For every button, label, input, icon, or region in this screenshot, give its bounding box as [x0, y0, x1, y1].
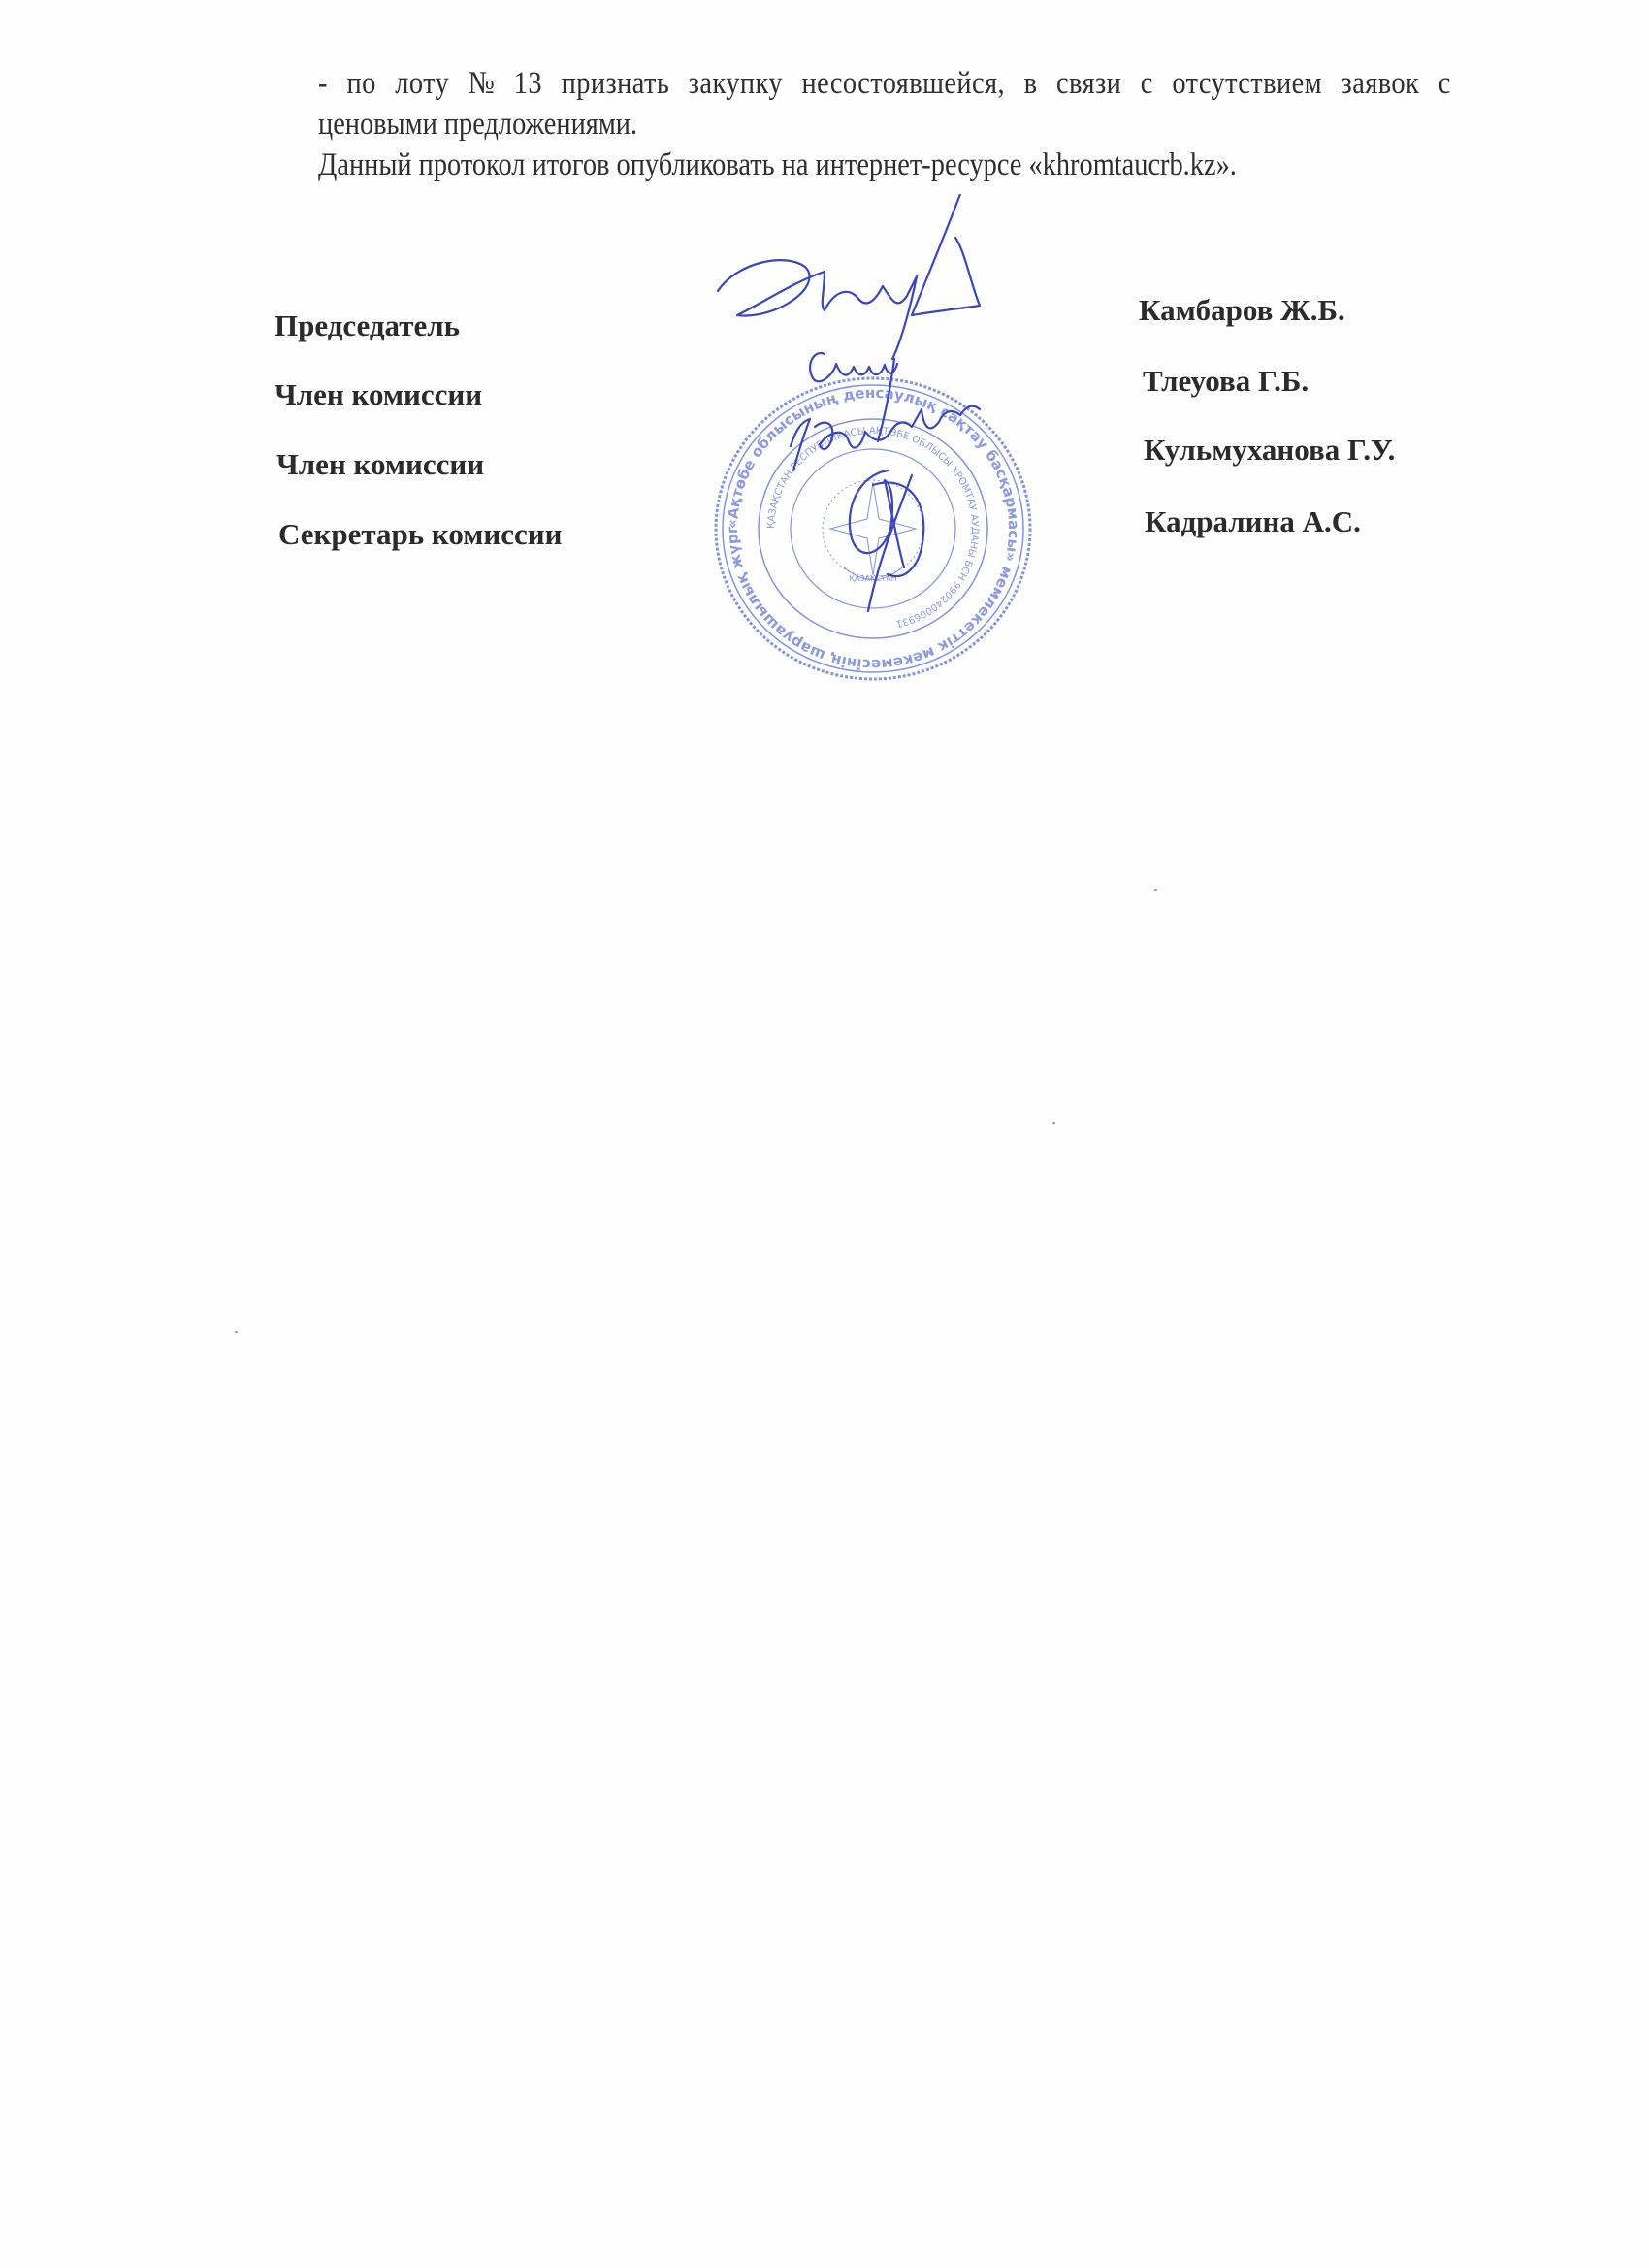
role-secretary: Секретарь комиссии [278, 517, 562, 552]
scan-speck [1052, 1122, 1055, 1124]
signature-chairman [718, 260, 917, 359]
name-member-2: Кульмуханова Г.У. [1144, 433, 1395, 468]
document-page: - по лоту № 13 признать закупку несостоя… [0, 0, 1649, 2268]
publish-instruction: Данный протокол итогов опубликовать на и… [318, 146, 1237, 184]
role-member-2: Член комиссии [276, 447, 484, 482]
scan-speck [1154, 889, 1157, 891]
official-seal-stamp: «Ақтөбе облысының денсаулық сақтау басқа… [708, 373, 1038, 684]
svg-text:ҚАЗАҚСТАН РЕСПУБЛИКАСЫ АҚТӨБЕ: ҚАЗАҚСТАН РЕСПУБЛИКАСЫ АҚТӨБЕ ОБЛЫСЫ ХРО… [766, 426, 980, 629]
lot-decision-text: - по лоту № 13 признать закупку несостоя… [318, 64, 1451, 103]
scan-speck [235, 1331, 238, 1333]
publish-prefix: Данный протокол итогов опубликовать на и… [318, 147, 1043, 182]
website-link[interactable]: khromtaucrb.kz [1043, 147, 1216, 182]
lot-decision-continuation: ценовыми предложениями. [318, 105, 637, 144]
name-member-1: Тлеуова Г.Б. [1143, 364, 1309, 399]
name-secretary: Кадралина А.С. [1145, 504, 1361, 539]
role-chairman: Председатель [275, 308, 460, 343]
name-chairman: Камбаров Ж.Б. [1139, 293, 1345, 328]
seal-center-text: ҚАЗАҚСТАН [849, 574, 896, 583]
publish-suffix: ». [1216, 147, 1237, 182]
role-member-1: Член комиссии [275, 377, 482, 412]
seal-inner-text: ҚАЗАҚСТАН РЕСПУБЛИКАСЫ АҚТӨБЕ ОБЛЫСЫ ХРО… [766, 426, 980, 629]
